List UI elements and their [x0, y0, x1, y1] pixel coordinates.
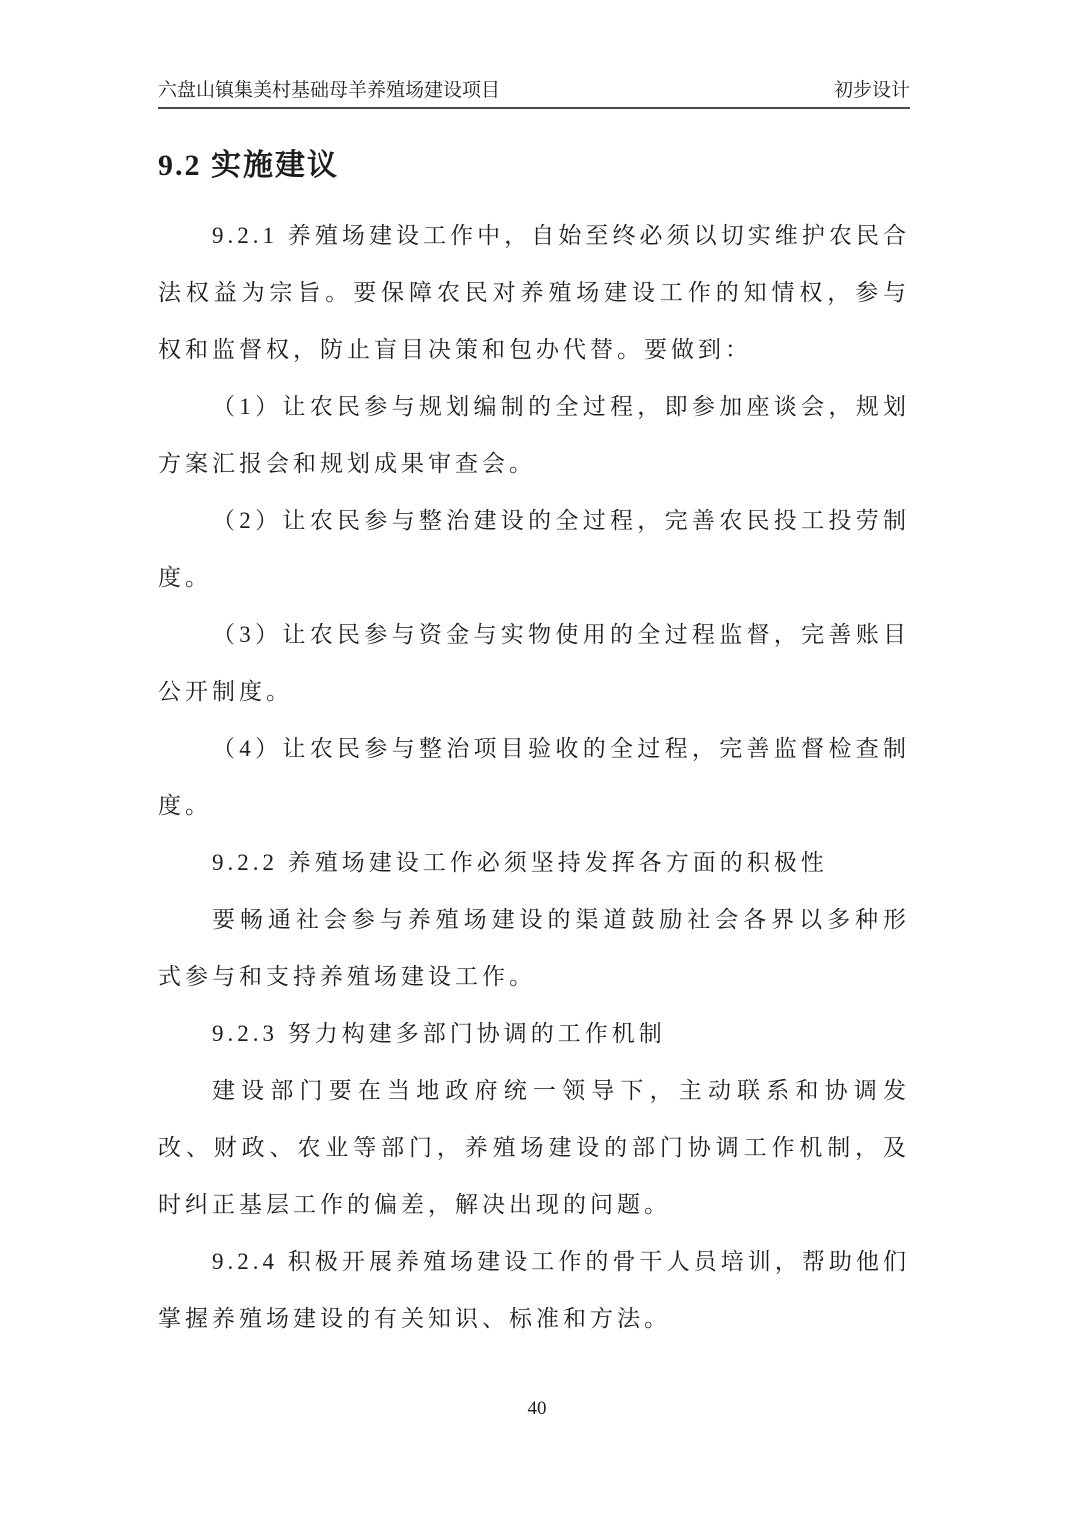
paragraph-item-1: （1）让农民参与规划编制的全过程，即参加座谈会，规划方案汇报会和规划成果审查会。 [158, 378, 910, 492]
page-number: 40 [0, 1398, 1074, 1420]
paragraph-9-2-3-heading: 9.2.3 努力构建多部门协调的工作机制 [158, 1005, 910, 1062]
paragraph-9-2-2-heading: 9.2.2 养殖场建设工作必须坚持发挥各方面的积极性 [158, 834, 910, 891]
paragraph-item-3: （3）让农民参与资金与实物使用的全过程监督，完善账目公开制度。 [158, 606, 910, 720]
page-header: 六盘山镇集美村基础母羊养殖场建设项目 初步设计 [158, 80, 910, 109]
header-project-title: 六盘山镇集美村基础母羊养殖场建设项目 [158, 80, 500, 102]
header-doc-stage: 初步设计 [834, 80, 910, 102]
section-title: 9.2 实施建议 [158, 145, 910, 187]
document-body: 9.2.1 养殖场建设工作中，自始至终必须以切实维护农民合法权益为宗旨。要保障农… [158, 207, 910, 1347]
paragraph-9-2-3-body: 建设部门要在当地政府统一领导下，主动联系和协调发改、财政、农业等部门，养殖场建设… [158, 1062, 910, 1233]
paragraph-item-2: （2）让农民参与整治建设的全过程，完善农民投工投劳制度。 [158, 492, 910, 606]
document-page: 六盘山镇集美村基础母羊养殖场建设项目 初步设计 9.2 实施建议 9.2.1 养… [0, 0, 1074, 1520]
paragraph-9-2-2-body: 要畅通社会参与养殖场建设的渠道鼓励社会各界以多种形式参与和支持养殖场建设工作。 [158, 891, 910, 1005]
paragraph-item-4: （4）让农民参与整治项目验收的全过程，完善监督检查制度。 [158, 720, 910, 834]
paragraph-9-2-4: 9.2.4 积极开展养殖场建设工作的骨干人员培训，帮助他们掌握养殖场建设的有关知… [158, 1233, 910, 1347]
paragraph-9-2-1: 9.2.1 养殖场建设工作中，自始至终必须以切实维护农民合法权益为宗旨。要保障农… [158, 207, 910, 378]
